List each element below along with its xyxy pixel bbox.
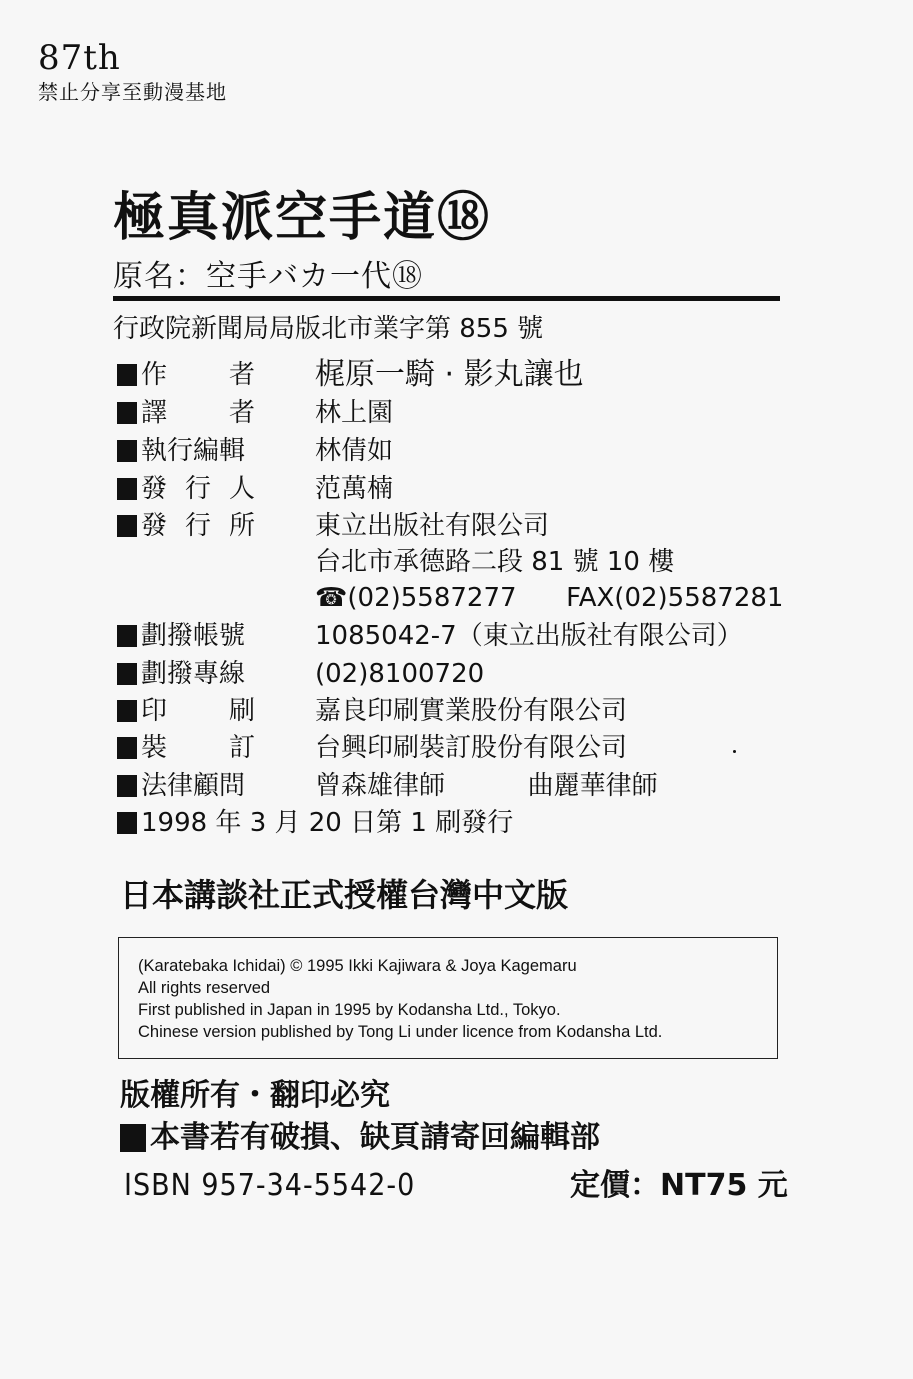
publish-date-row: 1998 年 3 月 20 日第 1 刷發行 <box>117 806 513 840</box>
divider-rule <box>113 296 780 301</box>
stray-dot <box>733 750 736 753</box>
bullet-square-icon <box>117 364 137 386</box>
credit-value: 曾森雄律師 曲麗華律師 <box>315 769 658 803</box>
credit-row: 執行編輯林倩如 <box>117 434 393 468</box>
isbn: ISBN 957-34-5542-0 <box>124 1166 415 1206</box>
price: 定價：NT75 元 <box>570 1166 788 1206</box>
credit-value: ☎(02)5587277 FAX(02)5587281 <box>315 581 783 615</box>
credit-row: 發行人范萬楠 <box>117 472 393 506</box>
credit-label: 發行人 <box>141 472 315 506</box>
damage-notice-row: 本書若有破損、缺頁請寄回編輯部 <box>120 1118 600 1158</box>
credit-value: 台北市承德路二段 81 號 10 樓 <box>315 545 674 579</box>
credit-label: 印刷 <box>141 694 315 728</box>
credit-value: 1085042-7（東立出版社有限公司） <box>315 619 743 653</box>
bullet-square-icon <box>117 737 137 759</box>
authorization-line: 日本講談社正式授權台灣中文版 <box>120 874 568 916</box>
credit-row: 法律顧問曾森雄律師 曲麗華律師 <box>117 769 658 803</box>
bullet-square-icon <box>117 478 137 500</box>
credit-label: 法律顧問 <box>141 769 315 803</box>
copyright-line: (Karatebaka Ichidai) © 1995 Ikki Kajiwar… <box>138 955 777 977</box>
book-title: 極真派空手道⑱ <box>113 186 491 250</box>
credit-label: 作者 <box>141 358 315 392</box>
credit-value: 林倩如 <box>315 434 393 468</box>
bullet-square-icon <box>117 663 137 685</box>
bullet-square-icon <box>120 1124 146 1152</box>
credit-row: 裝訂台興印刷裝訂股份有限公司 <box>117 731 627 765</box>
credit-row: 作者梶原一騎 · 影丸讓也 <box>117 358 584 392</box>
credit-value: 嘉良印刷實業股份有限公司 <box>315 694 627 728</box>
license-line: 行政院新聞局局版北市業字第 855 號 <box>113 312 543 346</box>
copyright-box: (Karatebaka Ichidai) © 1995 Ikki Kajiwar… <box>118 937 778 1059</box>
credit-label: 劃撥專線 <box>141 657 315 691</box>
bullet-square-icon <box>117 700 137 722</box>
credit-label <box>141 545 315 579</box>
original-title: 原名：空手バカ一代⑱ <box>113 258 423 296</box>
credit-label <box>141 581 315 615</box>
damage-notice: 本書若有破損、缺頁請寄回編輯部 <box>150 1118 600 1158</box>
credit-row: 發行所東立出版社有限公司 <box>117 509 549 543</box>
bullet-square-icon <box>117 812 137 834</box>
credit-label: 劃撥帳號 <box>141 619 315 653</box>
credit-row: 劃撥帳號1085042-7（東立出版社有限公司） <box>117 619 743 653</box>
bullet-square-icon <box>117 625 137 647</box>
credit-row: 台北市承德路二段 81 號 10 樓 <box>117 545 674 579</box>
publish-date: 1998 年 3 月 20 日第 1 刷發行 <box>141 806 513 840</box>
credit-label: 發行所 <box>141 509 315 543</box>
copyright-line: Chinese version published by Tong Li und… <box>138 1021 777 1043</box>
watermark-text: 禁止分享至動漫基地 <box>38 80 227 104</box>
credit-value: 梶原一騎 · 影丸讓也 <box>315 358 584 392</box>
credit-value: 東立出版社有限公司 <box>315 509 549 543</box>
credit-label: 裝訂 <box>141 731 315 765</box>
credit-value: (02)8100720 <box>315 657 484 691</box>
rights-notice: 版權所有・翻印必究 <box>120 1076 390 1116</box>
bullet-square-icon <box>117 515 137 537</box>
copyright-line: First published in Japan in 1995 by Koda… <box>138 999 777 1021</box>
credit-label: 執行編輯 <box>141 434 315 468</box>
credit-row: 劃撥專線(02)8100720 <box>117 657 484 691</box>
bullet-square-icon <box>117 440 137 462</box>
credit-label: 譯者 <box>141 396 315 430</box>
credit-value: 范萬楠 <box>315 472 393 506</box>
credit-row: ☎(02)5587277 FAX(02)5587281 <box>117 581 783 615</box>
credit-row: 譯者林上園 <box>117 396 393 430</box>
bullet-square-icon <box>117 775 137 797</box>
bullet-square-icon <box>117 402 137 424</box>
credit-value: 台興印刷裝訂股份有限公司 <box>315 731 627 765</box>
copyright-line: All rights reserved <box>138 977 777 999</box>
credit-row: 印刷嘉良印刷實業股份有限公司 <box>117 694 627 728</box>
credit-value: 林上園 <box>315 396 393 430</box>
watermark-number: 87th <box>38 38 121 78</box>
